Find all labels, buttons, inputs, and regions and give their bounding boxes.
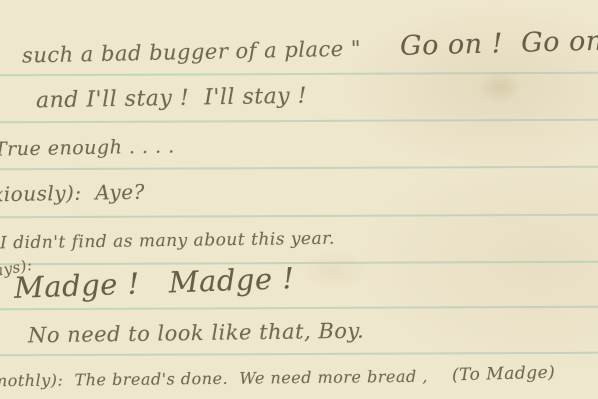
ruled-line — [0, 261, 598, 266]
ruled-line — [0, 166, 598, 171]
ruled-line — [0, 352, 598, 357]
handwritten-line-1-right: Go on ! Go on ! — [400, 25, 598, 62]
ruled-line — [0, 306, 598, 311]
ruled-line — [0, 119, 598, 124]
handwritten-line-8-right: (To Madge) — [452, 363, 556, 386]
ruled-line — [0, 72, 598, 77]
handwritten-line-4: xiously): Aye? — [0, 180, 145, 207]
handwritten-line-3: True enough . . . . — [0, 135, 175, 160]
manuscript-page: such a bad bugger of a place " Go on ! G… — [0, 0, 598, 399]
ruled-line — [0, 214, 598, 219]
handwritten-line-2: and I'll stay ! I'll stay ! — [36, 84, 307, 114]
handwritten-line-7: No need to look like that, Boy. — [28, 319, 365, 348]
